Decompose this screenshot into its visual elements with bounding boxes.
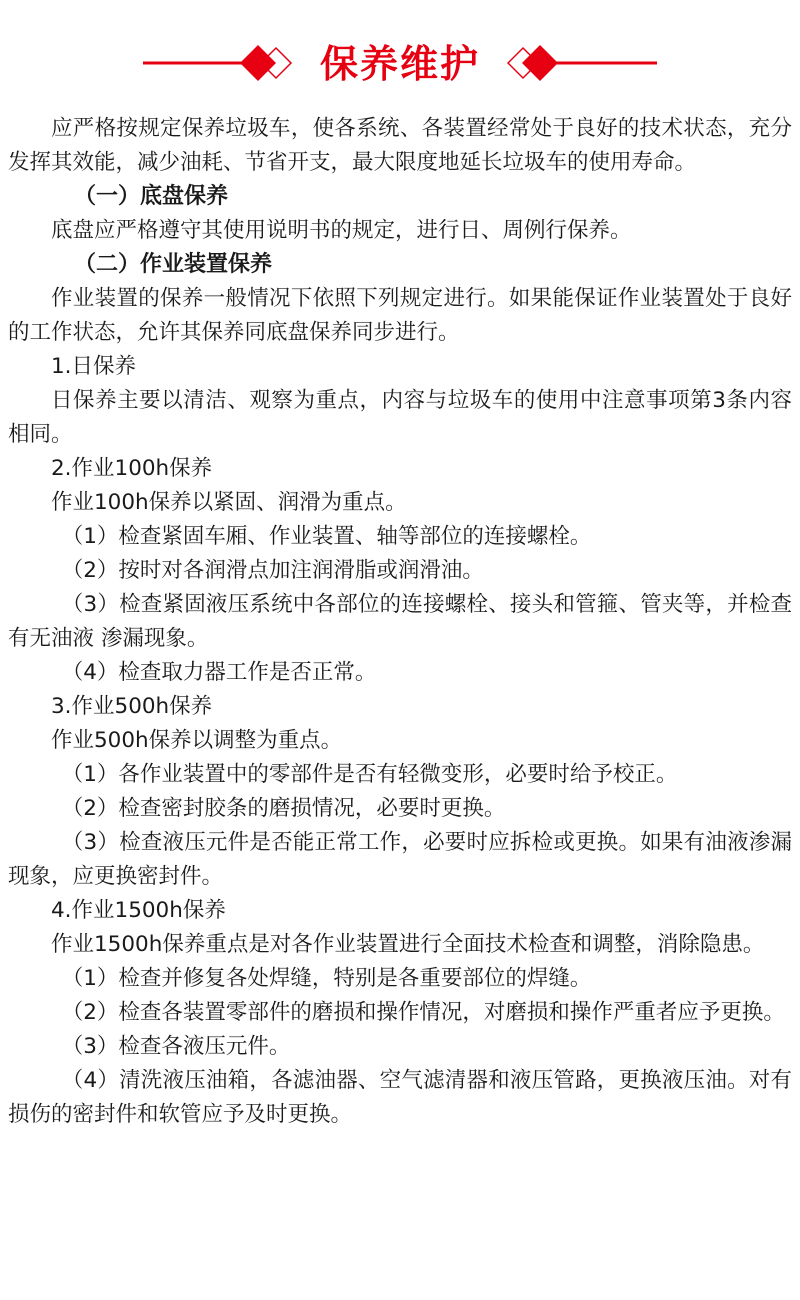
list-item: （4）检查取力器工作是否正常。 <box>8 656 792 690</box>
list-item: （1）检查紧固车厢、作业装置、轴等部位的连接螺栓。 <box>8 520 792 554</box>
list-item: （3）检查各液压元件。 <box>8 1030 792 1064</box>
list-item: （3）检查液压元件是否能正常工作，必要时应拆检或更换。如果有油液渗漏现象，应更换… <box>8 826 792 894</box>
page-title: 保养维护 <box>0 36 800 92</box>
list-item: （3）检查紧固液压系统中各部位的连接螺栓、接头和管箍、管夹等，并检查有无油液 渗… <box>8 588 792 656</box>
list-item: （2）按时对各润滑点加注润滑脂或润滑油。 <box>8 554 792 588</box>
h500-paragraph: 作业500h保养以调整为重点。 <box>8 724 792 758</box>
list-item: （2）检查各装置零部件的磨损和操作情况，对磨损和操作严重者应予更换。 <box>8 996 792 1030</box>
list-item: （1）各作业装置中的零部件是否有轻微变形，必要时给予校正。 <box>8 758 792 792</box>
chassis-paragraph: 底盘应严格遵守其使用说明书的规定，进行日、周例行保养。 <box>8 214 792 248</box>
intro-paragraph: 应严格按规定保养垃圾车，使各系统、各装置经常处于良好的技术状态，充分发挥其效能，… <box>8 112 792 180</box>
chassis-heading: （一）底盘保养 <box>8 180 792 214</box>
h500-title: 3.作业500h保养 <box>8 690 792 724</box>
equipment-heading: （二）作业装置保养 <box>8 248 792 282</box>
daily-paragraph: 日保养主要以清洁、观察为重点，内容与垃圾车的使用中注意事项第3条内容相同。 <box>8 384 792 452</box>
h100-paragraph: 作业100h保养以紧固、润滑为重点。 <box>8 486 792 520</box>
daily-title: 1.日保养 <box>8 350 792 384</box>
list-item: （4）清洗液压油箱，各滤油器、空气滤清器和液压管路，更换液压油。对有损伤的密封件… <box>8 1064 792 1132</box>
h100-title: 2.作业100h保养 <box>8 452 792 486</box>
h1500-title: 4.作业1500h保养 <box>8 894 792 928</box>
document-body: 应严格按规定保养垃圾车，使各系统、各装置经常处于良好的技术状态，充分发挥其效能，… <box>8 112 792 1132</box>
equipment-paragraph: 作业装置的保养一般情况下依照下列规定进行。如果能保证作业装置处于良好的工作状态，… <box>8 282 792 350</box>
section-header: 保养维护 <box>0 30 800 100</box>
list-item: （1）检查并修复各处焊缝，特别是各重要部位的焊缝。 <box>8 962 792 996</box>
h1500-paragraph: 作业1500h保养重点是对各作业装置进行全面技术检查和调整，消除隐患。 <box>8 928 792 962</box>
list-item: （2）检查密封胶条的磨损情况，必要时更换。 <box>8 792 792 826</box>
